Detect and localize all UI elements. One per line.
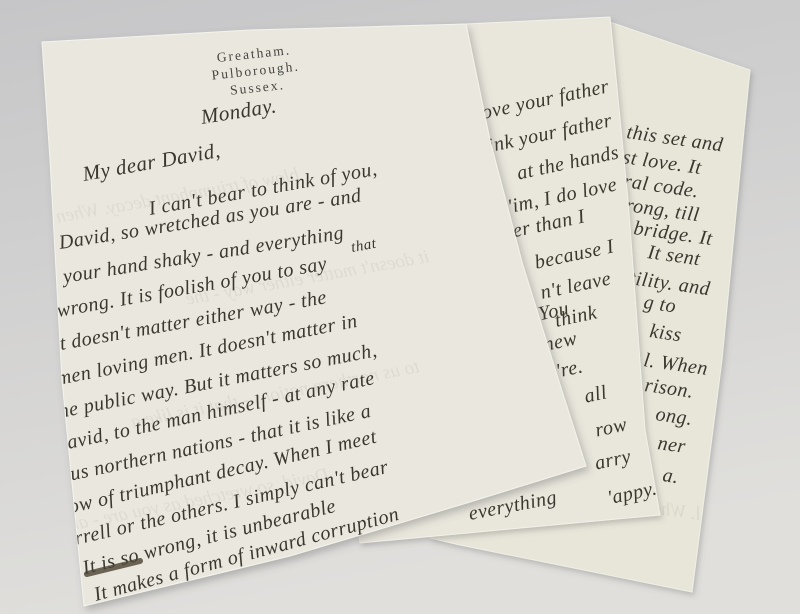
letter-photo-canvas: l. When this set and st love. It ral cod… bbox=[0, 0, 800, 614]
letter-fragment: ner bbox=[656, 432, 687, 458]
letter-photograph: l. When this set and st love. It ral cod… bbox=[0, 0, 800, 614]
letter-fragment: g to bbox=[642, 291, 677, 317]
letter-fragment: kiss bbox=[648, 320, 683, 346]
letter-fragment: all bbox=[582, 381, 609, 407]
letter-fragment: a. bbox=[661, 464, 680, 488]
